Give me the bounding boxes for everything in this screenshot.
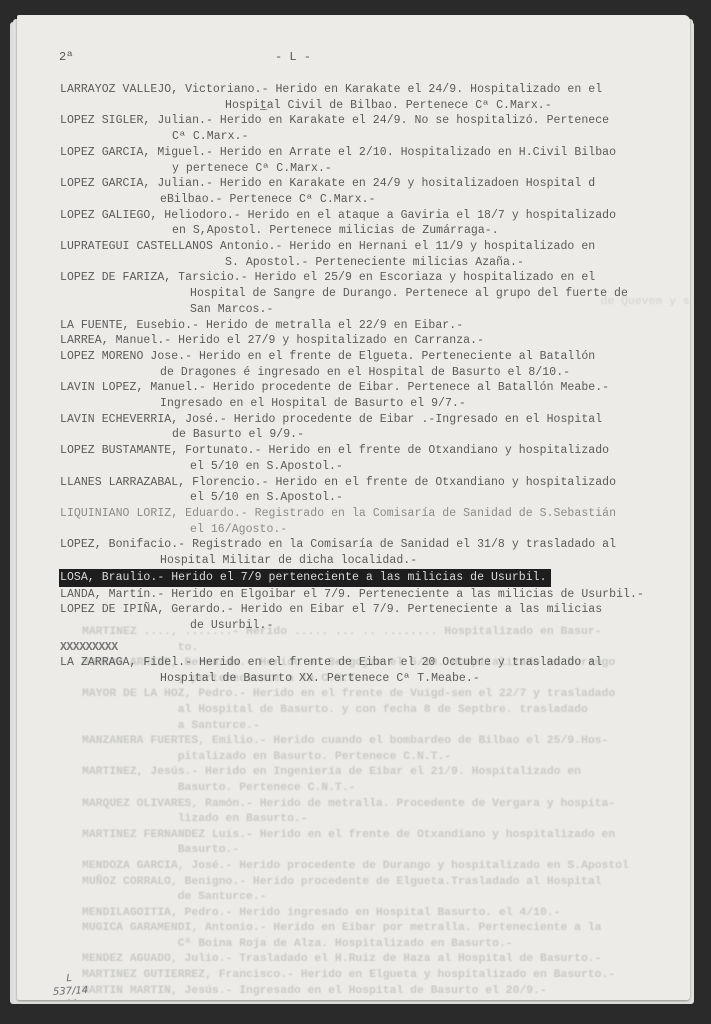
entry-line: LOPEZ BUSTAMANTE, Fortunato.- Herido en … — [60, 443, 685, 459]
entry-line: LOSA, Braulio.- Herido el 7/9 pertenecie… — [60, 570, 547, 586]
list-item: LAVIN LOPEZ, Manuel.- Herido procedente … — [60, 380, 685, 411]
list-item: LA ZARRAGA, Fidel.- Herido en el frente … — [60, 655, 685, 686]
entry-line: LLANES LARRAZABAL, Florencio.- Herido en… — [60, 475, 685, 491]
entry-line: LOPEZ GARCIA, Julian.- Herido en Karakat… — [60, 176, 685, 192]
list-item: LOPEZ GARCIA, Miguel.- Herido en Arrate … — [60, 145, 685, 176]
list-item: LOPEZ GARCIA, Julian.- Herido en Karakat… — [60, 176, 685, 207]
entry-line: LAVIN ECHEVERRIA, José.- Herido proceden… — [60, 412, 685, 428]
list-item: LA FUENTE, Eusebio.- Herido de metralla … — [60, 318, 685, 334]
entry-line: LUPRATEGUI CASTELLANOS Antonio.- Herido … — [60, 239, 685, 255]
list-item: LOPEZ SIGLER, Julian.- Herido en Karakat… — [60, 113, 685, 144]
entry-continuation-line: en S,Apostol. Pertenece milicias de Zumá… — [60, 223, 685, 239]
entry-line: LIQUINIANO LORIZ, Eduardo.- Registrado e… — [60, 506, 685, 522]
entry-continuation-line: el 16/Agosto.- — [60, 522, 685, 538]
entry-continuation-line: San Marcos.- — [60, 302, 685, 318]
entry-line: LOPEZ GARCIA, Miguel.- Herido en Arrate … — [60, 145, 685, 161]
entry-line: LARRAYOZ VALLEJO, Victoriano.- Herido en… — [60, 82, 685, 98]
list-item-highlighted: LOSA, Braulio.- Herido el 7/9 pertenecie… — [59, 569, 551, 587]
list-item: LAVIN ECHEVERRIA, José.- Herido proceden… — [60, 412, 685, 443]
entry-line: LOPEZ DE FARIZA, Tarsicio.- Herido el 25… — [60, 270, 685, 286]
entry-continuation-line: S. Apostol.- Perteneciente milicias Azañ… — [60, 255, 685, 271]
entry-continuation-line: el 5/10 en S.Apostol.- — [60, 459, 685, 475]
list-item: LARREA, Manuel.- Herido el 27/9 y hospit… — [60, 333, 685, 349]
entry-continuation-line: Hospit̲al Civil de Bilbao. Pertenece Cª … — [60, 98, 685, 114]
entry-continuation-line: eBilbao.- Pertenece Cª C.Marx.- — [60, 192, 685, 208]
entry-line: LOPEZ MORENO Jose.- Herido en el frente … — [60, 349, 685, 365]
casualty-list: LARRAYOZ VALLEJO, Victoriano.- Herido en… — [60, 82, 685, 687]
list-item: LIQUINIANO LORIZ, Eduardo.- Registrado e… — [60, 506, 685, 537]
entry-line: LARREA, Manuel.- Herido el 27/9 y hospit… — [60, 333, 685, 349]
entry-line: LOPEZ DE IPIÑA, Gerardo.- Herido en Eiba… — [60, 602, 685, 618]
list-item: LOPEZ, Bonifacio.- Registrado en la Comi… — [60, 537, 685, 568]
entry-continuation-line: Hospital de Basurto XX. Pertenece Cª T.M… — [60, 671, 685, 687]
entry-line: LA ZARRAGA, Fidel.- Herido en el frente … — [60, 655, 685, 671]
list-item: LARRAYOZ VALLEJO, Victoriano.- Herido en… — [60, 82, 685, 113]
entry-line: LANDA, Martín.- Herido en Elgoibar el 7/… — [60, 587, 685, 603]
annotation-line: 537/14 — [53, 984, 89, 999]
list-item: LOPEZ GALIEGO, Heliodoro.- Herido en el … — [60, 208, 685, 239]
list-item: LANDA, Martín.- Herido en Elgoibar el 7/… — [60, 587, 685, 603]
entry-continuation-line: de Usurbil.- — [60, 618, 685, 634]
handwritten-archive-reference: L537/1421 — [52, 971, 89, 1000]
list-item: LOPEZ BUSTAMANTE, Fortunato.- Herido en … — [60, 443, 685, 474]
struck-out-text: XXXXXXXXX — [60, 640, 685, 656]
entry-continuation-line: de Dragones é ingresado en el Hospital d… — [60, 365, 685, 381]
list-item: LUPRATEGUI CASTELLANOS Antonio.- Herido … — [60, 239, 685, 270]
page-number: 2ª — [59, 50, 73, 64]
entry-continuation-line: el 5/10 en S.Apostol.- — [60, 490, 685, 506]
entry-line: LOPEZ SIGLER, Julian.- Herido en Karakat… — [60, 113, 685, 129]
entry-line: LA FUENTE, Eusebio.- Herido de metralla … — [60, 318, 685, 334]
entry-continuation-line: Ingresado en el Hospital de Basurto el 9… — [60, 396, 685, 412]
entry-continuation-line: de Basurto el 9/9.- — [60, 427, 685, 443]
entry-line: LOPEZ, Bonifacio.- Registrado en la Comi… — [60, 537, 685, 553]
entry-line: LAVIN LOPEZ, Manuel.- Herido procedente … — [60, 380, 685, 396]
list-item: LLANES LARRAZABAL, Florencio.- Herido en… — [60, 475, 685, 506]
entry-continuation-line: Hospital de Sangre de Durango. Pertenece… — [60, 286, 685, 302]
list-item: LOPEZ DE IPIÑA, Gerardo.- Herido en Eiba… — [60, 602, 685, 633]
entry-continuation-line: Hospital Militar de dicha localidad.- — [60, 553, 685, 569]
entry-continuation-line: y pertenece Cª C.Marx.- — [60, 161, 685, 177]
list-item: LOPEZ DE FARIZA, Tarsicio.- Herido el 25… — [60, 270, 685, 317]
entry-line: LOPEZ GALIEGO, Heliodoro.- Herido en el … — [60, 208, 685, 224]
document-page: MARTINEZ ...., .......- Herido ..... ...… — [17, 15, 690, 1000]
list-item: LOPEZ MORENO Jose.- Herido en el frente … — [60, 349, 685, 380]
entry-line: XXXXXXXXX — [60, 640, 685, 656]
section-letter: - L - — [275, 50, 311, 64]
entry-continuation-line: Cª C.Marx.- — [60, 129, 685, 145]
